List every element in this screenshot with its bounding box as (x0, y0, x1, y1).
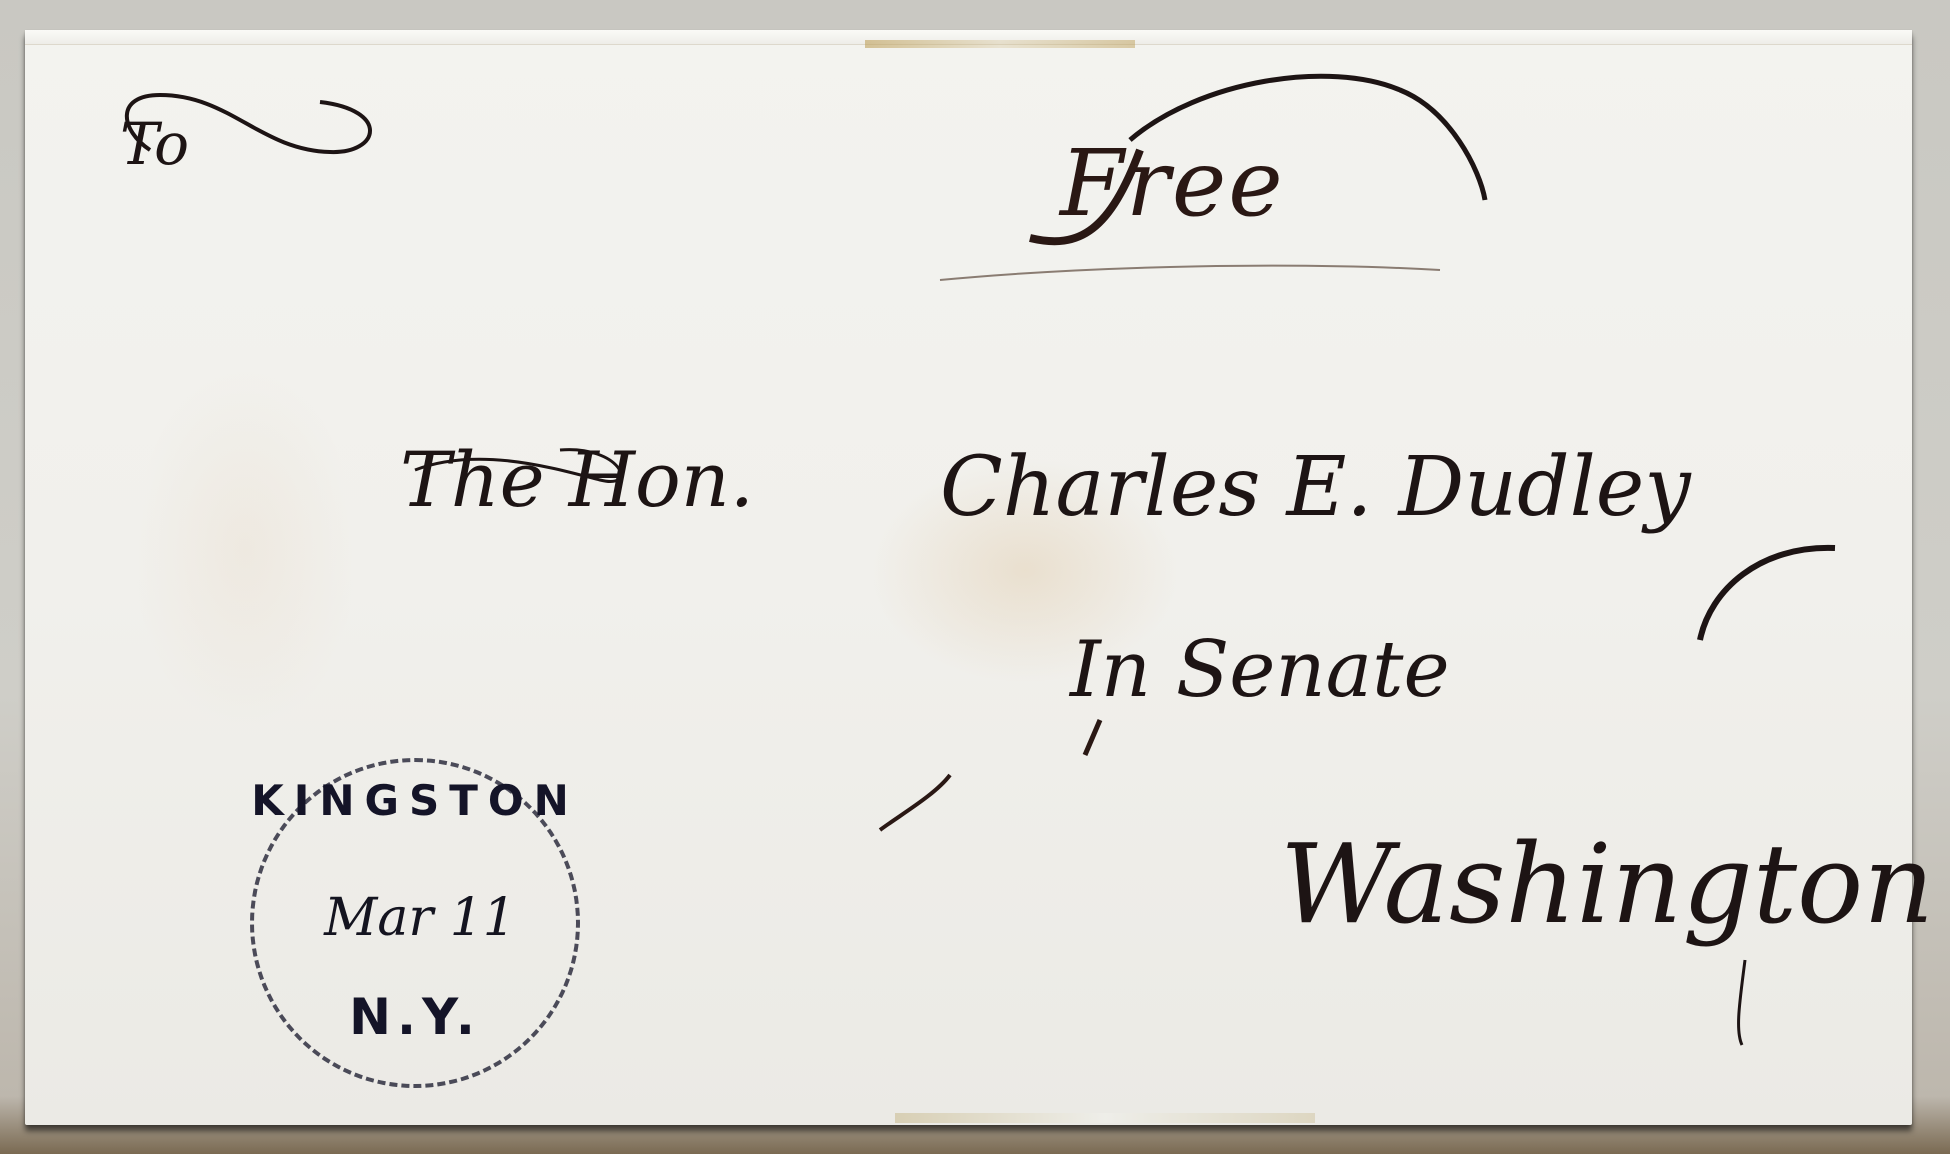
address-name: Charles E. Dudley (940, 440, 1691, 535)
address-city: Washington (1280, 820, 1934, 948)
salutation-text: To (120, 110, 189, 178)
postmark-town: KINGSTON (250, 776, 580, 825)
bottom-fold-edge (895, 1113, 1315, 1123)
top-fold-tear (865, 40, 1135, 48)
free-frank-text: Free (1060, 130, 1285, 237)
postmark-state: N.Y. (250, 988, 580, 1046)
address-title: The Hon. (400, 435, 754, 524)
address-line-senate: In Senate (1070, 625, 1450, 715)
postmark-date: Mar 11 (310, 888, 530, 948)
postmark-stamp: KINGSTON Mar 11 N.Y. (250, 758, 580, 1088)
